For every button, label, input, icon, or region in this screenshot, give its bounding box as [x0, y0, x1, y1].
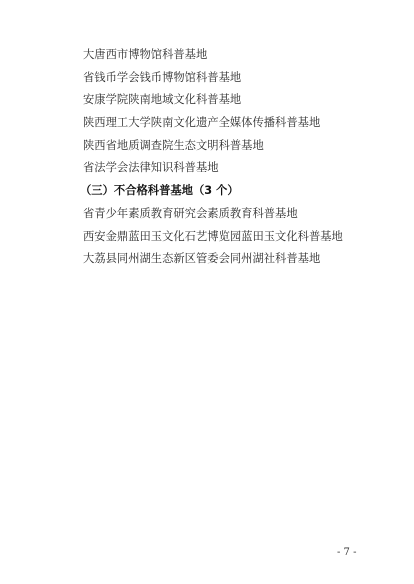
list-item: 西安金鼎蓝田玉文化石艺博览园蓝田玉文化科普基地 [83, 229, 343, 252]
page-number: - 7 - [337, 547, 356, 558]
list-item: 大荔县同州湖生态新区管委会同州湖社科普基地 [83, 251, 343, 274]
list-item: 省青少年素质教育研究会素质教育科普基地 [83, 206, 343, 229]
list-item: 安康学院陕南地域文化科普基地 [83, 92, 343, 115]
section-heading-unqualified: （三）不合格科普基地（3 个） [80, 183, 343, 206]
base-list: 大唐西市博物馆科普基地 省钱币学会钱币博物馆科普基地 安康学院陕南地域文化科普基… [83, 47, 343, 274]
list-item: 省法学会法律知识科普基地 [83, 160, 343, 183]
list-item: 大唐西市博物馆科普基地 [83, 47, 343, 70]
list-item: 陕西理工大学陕南文化遗产全媒体传播科普基地 [83, 115, 343, 138]
document-page: 大唐西市博物馆科普基地 省钱币学会钱币博物馆科普基地 安康学院陕南地域文化科普基… [0, 0, 414, 584]
list-item: 陕西省地质调查院生态文明科普基地 [83, 138, 343, 161]
list-item: 省钱币学会钱币博物馆科普基地 [83, 70, 343, 93]
